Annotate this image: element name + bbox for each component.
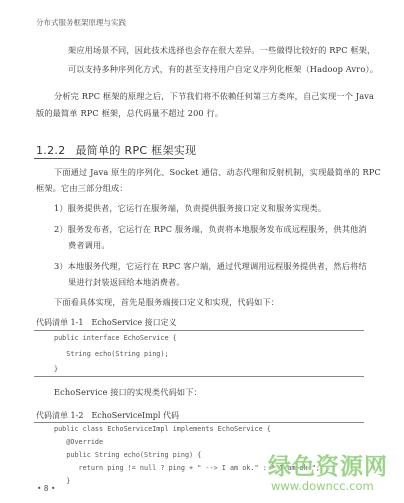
list-item-continuation: 果进行封装返回给本地消费者。 — [68, 277, 185, 288]
listing-caption: 代码清单 1-2EchoServiceImpl 代码 — [36, 410, 179, 421]
listing-title: EchoService 接口定义 — [91, 318, 176, 327]
listing-bottom-rule — [34, 376, 364, 377]
section-heading-rule — [34, 158, 184, 159]
code-line: } — [54, 477, 70, 485]
text-line: 架应用场景不同，因此技术选择也会存在很大差异。一些做得比较好的 RPC 框架， — [68, 45, 375, 56]
listing-number: 代码清单 1-2 — [36, 411, 83, 420]
text-line: 版的最简单 RPC 框架，总代码量不超过 200 行。 — [36, 108, 223, 119]
listing-title: EchoServiceImpl 代码 — [91, 411, 179, 420]
code-line: public class EchoServiceImpl implements … — [54, 425, 271, 433]
text-line: 下面通过 Java 原生的序列化、Socket 通信、动态代理和反射机制，实现最… — [54, 167, 381, 178]
code-line: @Override — [54, 438, 103, 446]
list-item: 3）本地服务代理，它运行在 RPC 客户端，通过代理调用远程服务提供者，然后将结 — [54, 261, 367, 272]
list-item-continuation: 费者调用。 — [68, 240, 110, 251]
section-title: 最简单的 RPC 框架实现 — [76, 144, 197, 157]
list-item: 2）服务发布者，它运行在 RPC 服务端，负责将本地服务发布成远程服务，供其他消 — [54, 224, 367, 235]
page-number: • 8 • — [37, 484, 55, 493]
specific-intro: 下面看具体实现，首先是服务端接口定义和实现，代码如下： — [54, 297, 279, 308]
running-head: 分布式服务框架原理与实践 — [36, 17, 126, 28]
section-number: 1.2.2 — [36, 144, 66, 157]
code-line: } — [54, 365, 58, 373]
listing-caption: 代码清单 1-1EchoService 接口定义 — [36, 317, 177, 328]
code-line: public String echo(String ping) { — [54, 451, 201, 459]
text-line: 框架。它由三部分组成： — [36, 183, 128, 194]
watermark-url: www.downcc.com — [271, 479, 374, 493]
text-line: 可以支持多种序列化方式，有的甚至支持用户自定义序列化框架（Hadoop Avro… — [68, 64, 378, 75]
text-line: 分析完 RPC 框架的原理之后，下节我们将不依赖任何第三方类库，自己实现一个 J… — [54, 91, 374, 102]
code-line: public interface EchoService { — [54, 334, 177, 342]
section-heading: 1.2.2最简单的 RPC 框架实现 — [36, 142, 196, 158]
listing-top-rule — [34, 422, 364, 423]
listing-top-rule — [34, 330, 364, 331]
listing-number: 代码清单 1-1 — [36, 318, 83, 327]
watermark-logo-text: 绿色资源网 — [268, 448, 388, 481]
list-item: 1）服务提供者，它运行在服务端，负责提供服务接口定义和服务实现类。 — [54, 203, 326, 214]
impl-intro: EchoService 接口的实现类代码如下： — [54, 387, 202, 398]
code-line: String echo(String ping); — [54, 350, 169, 358]
